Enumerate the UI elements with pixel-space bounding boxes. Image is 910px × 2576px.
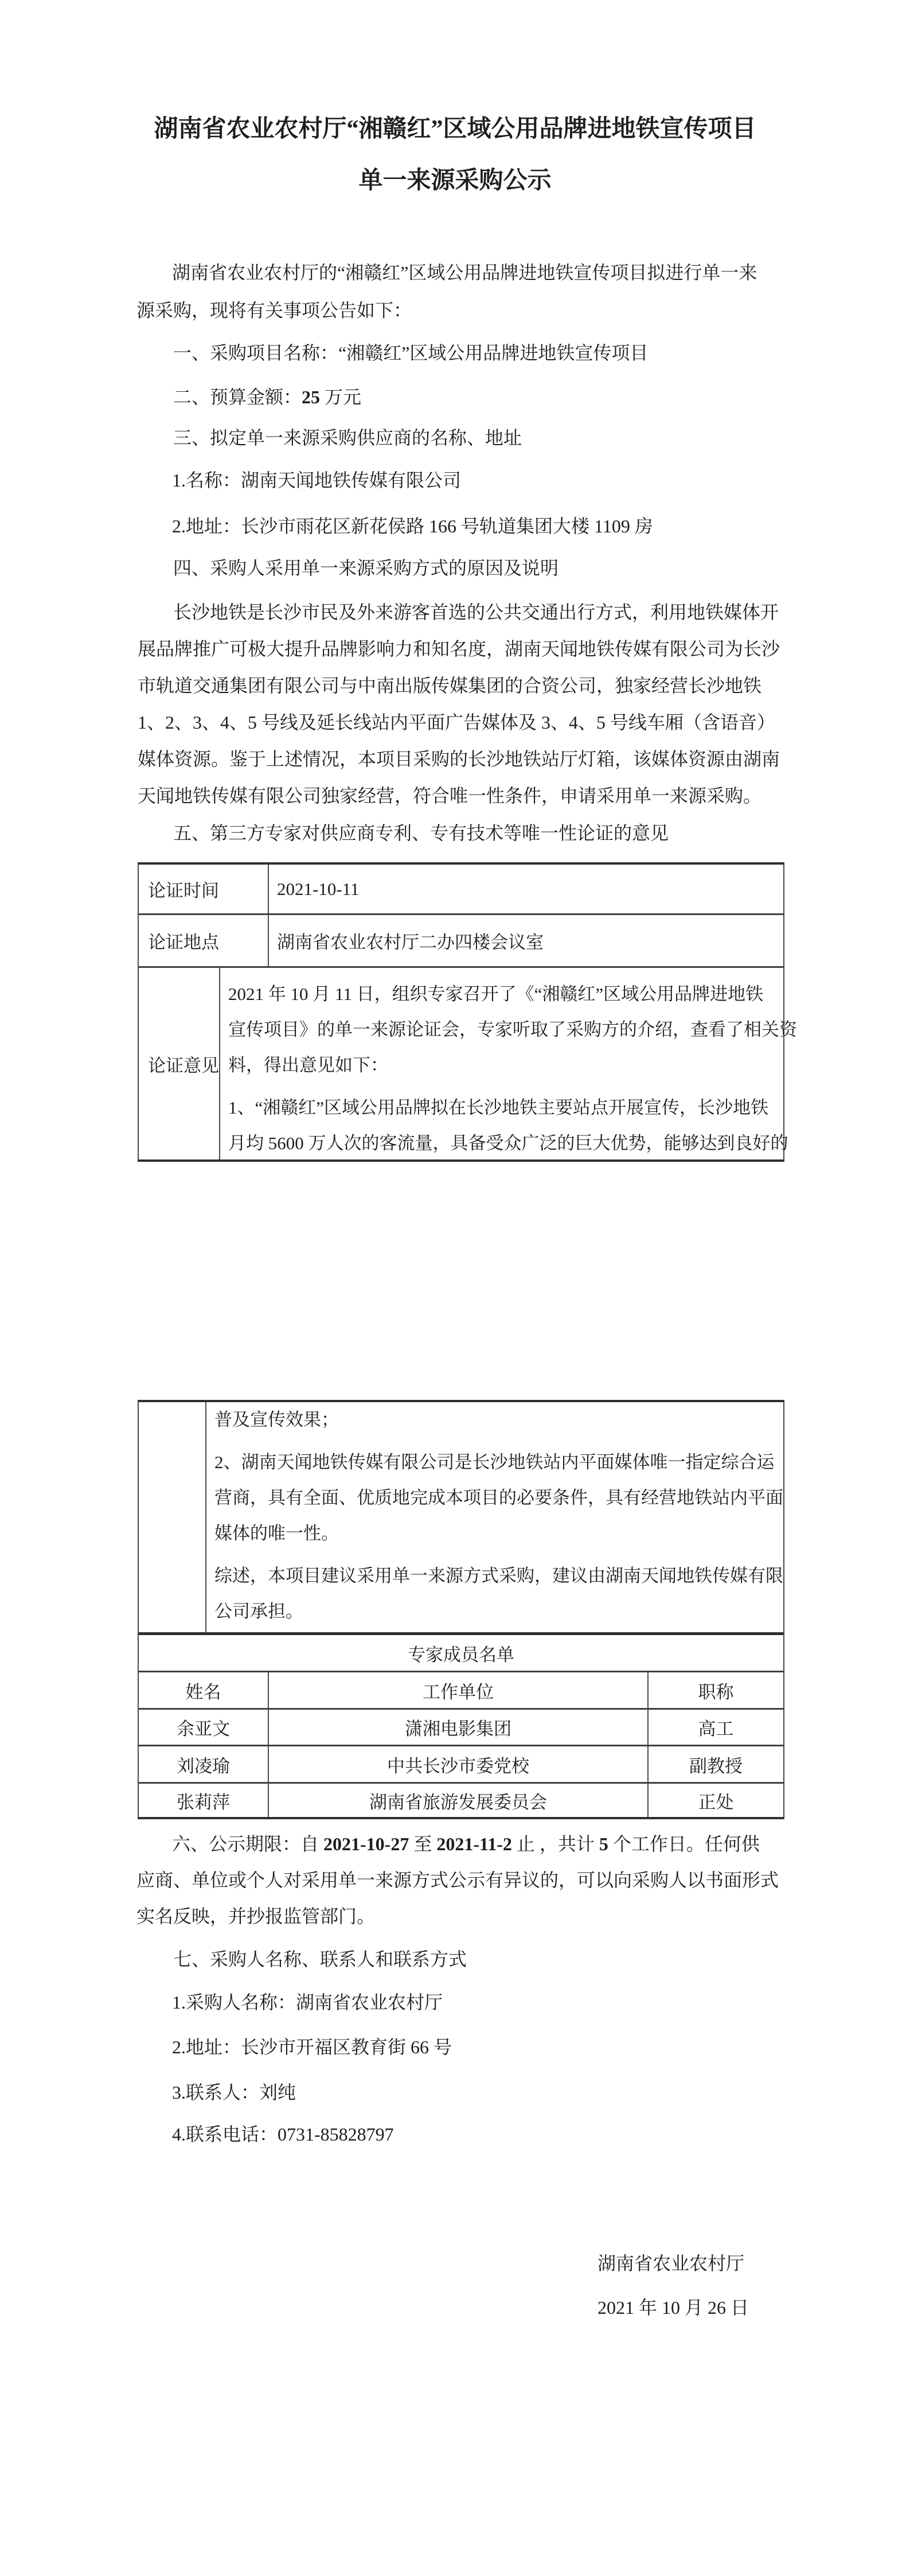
text-line: 湖南省农业农村厅的“湘赣红”区域公用品牌进地铁宣传项目拟进行单一来 <box>136 254 757 291</box>
text-line: 展品牌推广可极大提升品牌影响力和知名度，湖南天闻地铁传媒有限公司为长沙 <box>138 631 780 667</box>
table-row: 论证地点 湖南省农业农村厅二办四楼会议室 <box>139 915 783 968</box>
text-line: 宣传项目》的单一来源论证会，专家听取了采购方的介绍，查看了相关资 <box>228 1012 797 1048</box>
demonstration-table: 论证时间 2021-10-11 论证地点 湖南省农业农村厅二办四楼会议室 论证意… <box>138 862 784 1162</box>
opinion-continued-value: 普及宣传效果；2、湖南天闻地铁传媒有限公司是长沙地铁站内平面媒体唯一指定综合运营… <box>206 1402 783 1632</box>
table-row: 张莉萍 湖南省旅游发展委员会 正处 <box>139 1784 783 1817</box>
text-line: 长沙地铁是长沙市民及外来游客首选的公共交通出行方式，利用地铁媒体开 <box>138 594 780 631</box>
text-line: 媒体的唯一性。 <box>214 1516 783 1551</box>
text-segment: 25 <box>302 387 320 407</box>
text-line: 市轨道交通集团有限公司与中南出版传媒集团的合资公司，独家经营长沙地铁 <box>138 667 780 704</box>
purchaser-address: 2.地址：长沙市开福区教育街 66 号 <box>172 2028 452 2066</box>
text-line: 月均 5600 万人次的客流量，具备受众广泛的巨大优势，能够达到良好的 <box>228 1126 797 1161</box>
text-line: 2、湖南天闻地铁传媒有限公司是长沙地铁站内平面媒体唯一指定综合运 <box>214 1445 783 1480</box>
demo-opinion-value: 2021 年 10 月 11 日，组织专家召开了《“湘赣红”区域公用品牌进地铁宣… <box>220 968 797 1159</box>
section-5-expert-opinion-heading: 五、第三方专家对供应商专利、专有技术等唯一性论证的意见 <box>173 814 669 852</box>
text-segment: 止 ，共计 <box>512 1834 599 1854</box>
demo-opinion-label: 论证意见 <box>139 968 220 1159</box>
document-page: 湖南省农业农村厅“湘赣红”区域公用品牌进地铁宣传项目 单一来源采购公示 湖南省农… <box>0 0 910 2576</box>
section-6-publicity-period-line1: 六、公示期限：自 2021-10-27 至 2021-11-2 止 ，共计 5 … <box>172 1825 760 1863</box>
table-header-row: 姓名 工作单位 职称 <box>139 1672 783 1710</box>
purchaser-contact-person: 3.联系人：刘纯 <box>172 2073 296 2111</box>
table-row: 论证意见 2021 年 10 月 11 日，组织专家召开了《“湘赣红”区域公用品… <box>139 968 783 1159</box>
demo-place-value: 湖南省农业农村厅二办四楼会议室 <box>269 915 783 966</box>
text-line: 源采购，现将有关事项公告如下： <box>136 291 757 329</box>
expert-name: 刘凌瑜 <box>139 1746 269 1782</box>
text-line: 实名反映，并抄报监管部门。 <box>136 1898 779 1935</box>
table-row: 余亚文 潇湘电影集团 高工 <box>139 1710 783 1746</box>
table-row: 论证时间 2021-10-11 <box>139 865 783 915</box>
demo-place-label: 论证地点 <box>139 915 269 966</box>
column-header-title: 职称 <box>649 1672 783 1708</box>
signature-date: 2021 年 10 月 26 日 <box>597 2289 749 2326</box>
expert-title: 副教授 <box>649 1746 783 1782</box>
text-line: 公司承担。 <box>214 1594 783 1629</box>
column-header-workunit: 工作单位 <box>269 1672 649 1708</box>
supplier-name: 1.名称：湖南天闻地铁传媒有限公司 <box>172 461 461 499</box>
table-row: 普及宣传效果；2、湖南天闻地铁传媒有限公司是长沙地铁站内平面媒体唯一指定综合运营… <box>139 1402 783 1635</box>
text-line: 1、“湘赣红”区域公用品牌拟在长沙地铁主要站点开展宣传，长沙地铁 <box>228 1090 797 1126</box>
section-6-publicity-period-rest: 应商、单位或个人对采用单一来源方式公示有异议的，可以向采购人以书面形式实名反映，… <box>136 1862 779 1935</box>
text-segment: 个工作日。任何供 <box>608 1834 760 1854</box>
table-row: 专家成员名单 <box>139 1635 783 1672</box>
column-header-name: 姓名 <box>139 1672 269 1708</box>
demo-time-label: 论证时间 <box>139 865 269 913</box>
signature-organization: 湖南省农业农村厅 <box>597 2244 744 2282</box>
demo-time-value: 2021-10-11 <box>269 865 783 913</box>
expert-org: 潇湘电影集团 <box>269 1710 649 1745</box>
paragraph: 1、“湘赣红”区域公用品牌拟在长沙地铁主要站点开展宣传，长沙地铁月均 5600 … <box>228 1090 797 1161</box>
table-row: 刘凌瑜 中共长沙市委党校 副教授 <box>139 1746 783 1784</box>
paragraph: 综述，本项目建议采用单一来源方式采购，建议由湖南天闻地铁传媒有限公司承担。 <box>214 1558 783 1629</box>
text-line: 营商，具有全面、优质地完成本项目的必要条件，具有经营地铁站内平面 <box>214 1480 783 1516</box>
expert-org: 中共长沙市委党校 <box>269 1746 649 1782</box>
reason-paragraph: 长沙地铁是长沙市民及外来游客首选的公共交通出行方式，利用地铁媒体开展品牌推广可极… <box>138 594 780 814</box>
text-line: 1、2、3、4、5 号线及延长线站内平面广告媒体及 3、4、5 号线车厢（含语音… <box>138 704 780 741</box>
document-title-line1: 湖南省农业农村厅“湘赣红”区域公用品牌进地铁宣传项目 <box>0 110 910 148</box>
text-segment: 2021-11-2 <box>436 1834 512 1854</box>
section-7-contact-heading: 七、采购人名称、联系人和联系方式 <box>173 1940 467 1978</box>
text-segment: 六、公示期限：自 <box>172 1834 323 1854</box>
purchaser-name: 1.采购人名称：湖南省农业农村厅 <box>172 1983 443 2021</box>
text-segment: 至 <box>409 1834 436 1854</box>
text-line: 应商、单位或个人对采用单一来源方式公示有异议的，可以向采购人以书面形式 <box>136 1862 779 1898</box>
text-segment: 二、预算金额： <box>173 387 302 407</box>
section-2-budget: 二、预算金额：25 万元 <box>173 378 361 416</box>
text-segment: 2021-10-27 <box>323 1834 409 1854</box>
supplier-address: 2.地址：长沙市雨花区新花侯路 166 号轨道集团大楼 1109 房 <box>172 507 653 545</box>
expert-name: 张莉萍 <box>139 1784 269 1817</box>
section-1-project-name: 一、采购项目名称：“湘赣红”区域公用品牌进地铁宣传项目 <box>173 334 648 372</box>
paragraph: 2021 年 10 月 11 日，组织专家召开了《“湘赣红”区域公用品牌进地铁宣… <box>228 976 797 1083</box>
text-line: 媒体资源。鉴于上述情况，本项目采购的长沙地铁站厅灯箱，该媒体资源由湖南 <box>138 741 780 777</box>
expert-title: 高工 <box>649 1710 783 1745</box>
purchaser-phone: 4.联系电话：0731-85828797 <box>172 2115 394 2153</box>
text-segment: 万元 <box>320 387 361 407</box>
opinion-continued-label <box>139 1402 206 1632</box>
expert-org: 湖南省旅游发展委员会 <box>269 1784 649 1817</box>
expert-name: 余亚文 <box>139 1710 269 1745</box>
paragraph: 普及宣传效果； <box>214 1402 783 1438</box>
text-line: 天闻地铁传媒有限公司独家经营，符合唯一性条件，申请采用单一来源采购。 <box>138 777 780 814</box>
section-3-supplier-heading: 三、拟定单一来源采购供应商的名称、地址 <box>173 419 522 457</box>
text-line: 2021 年 10 月 11 日，组织专家召开了《“湘赣红”区域公用品牌进地铁 <box>228 976 797 1012</box>
text-line: 普及宣传效果； <box>214 1402 783 1438</box>
text-line: 料，得出意见如下： <box>228 1048 797 1083</box>
text-line: 综述，本项目建议采用单一来源方式采购，建议由湖南天闻地铁传媒有限 <box>214 1558 783 1594</box>
section-4-reason-heading: 四、采购人采用单一来源采购方式的原因及说明 <box>173 549 559 587</box>
document-title-line2: 单一来源采购公示 <box>0 162 910 200</box>
intro-paragraph: 湖南省农业农村厅的“湘赣红”区域公用品牌进地铁宣传项目拟进行单一来源采购，现将有… <box>136 254 757 329</box>
text-segment: 5 <box>599 1834 608 1854</box>
expert-list-title: 专家成员名单 <box>139 1635 783 1671</box>
expert-list-table: 普及宣传效果；2、湖南天闻地铁传媒有限公司是长沙地铁站内平面媒体唯一指定综合运营… <box>138 1400 784 1819</box>
expert-title: 正处 <box>649 1784 783 1817</box>
paragraph: 2、湖南天闻地铁传媒有限公司是长沙地铁站内平面媒体唯一指定综合运营商，具有全面、… <box>214 1445 783 1551</box>
